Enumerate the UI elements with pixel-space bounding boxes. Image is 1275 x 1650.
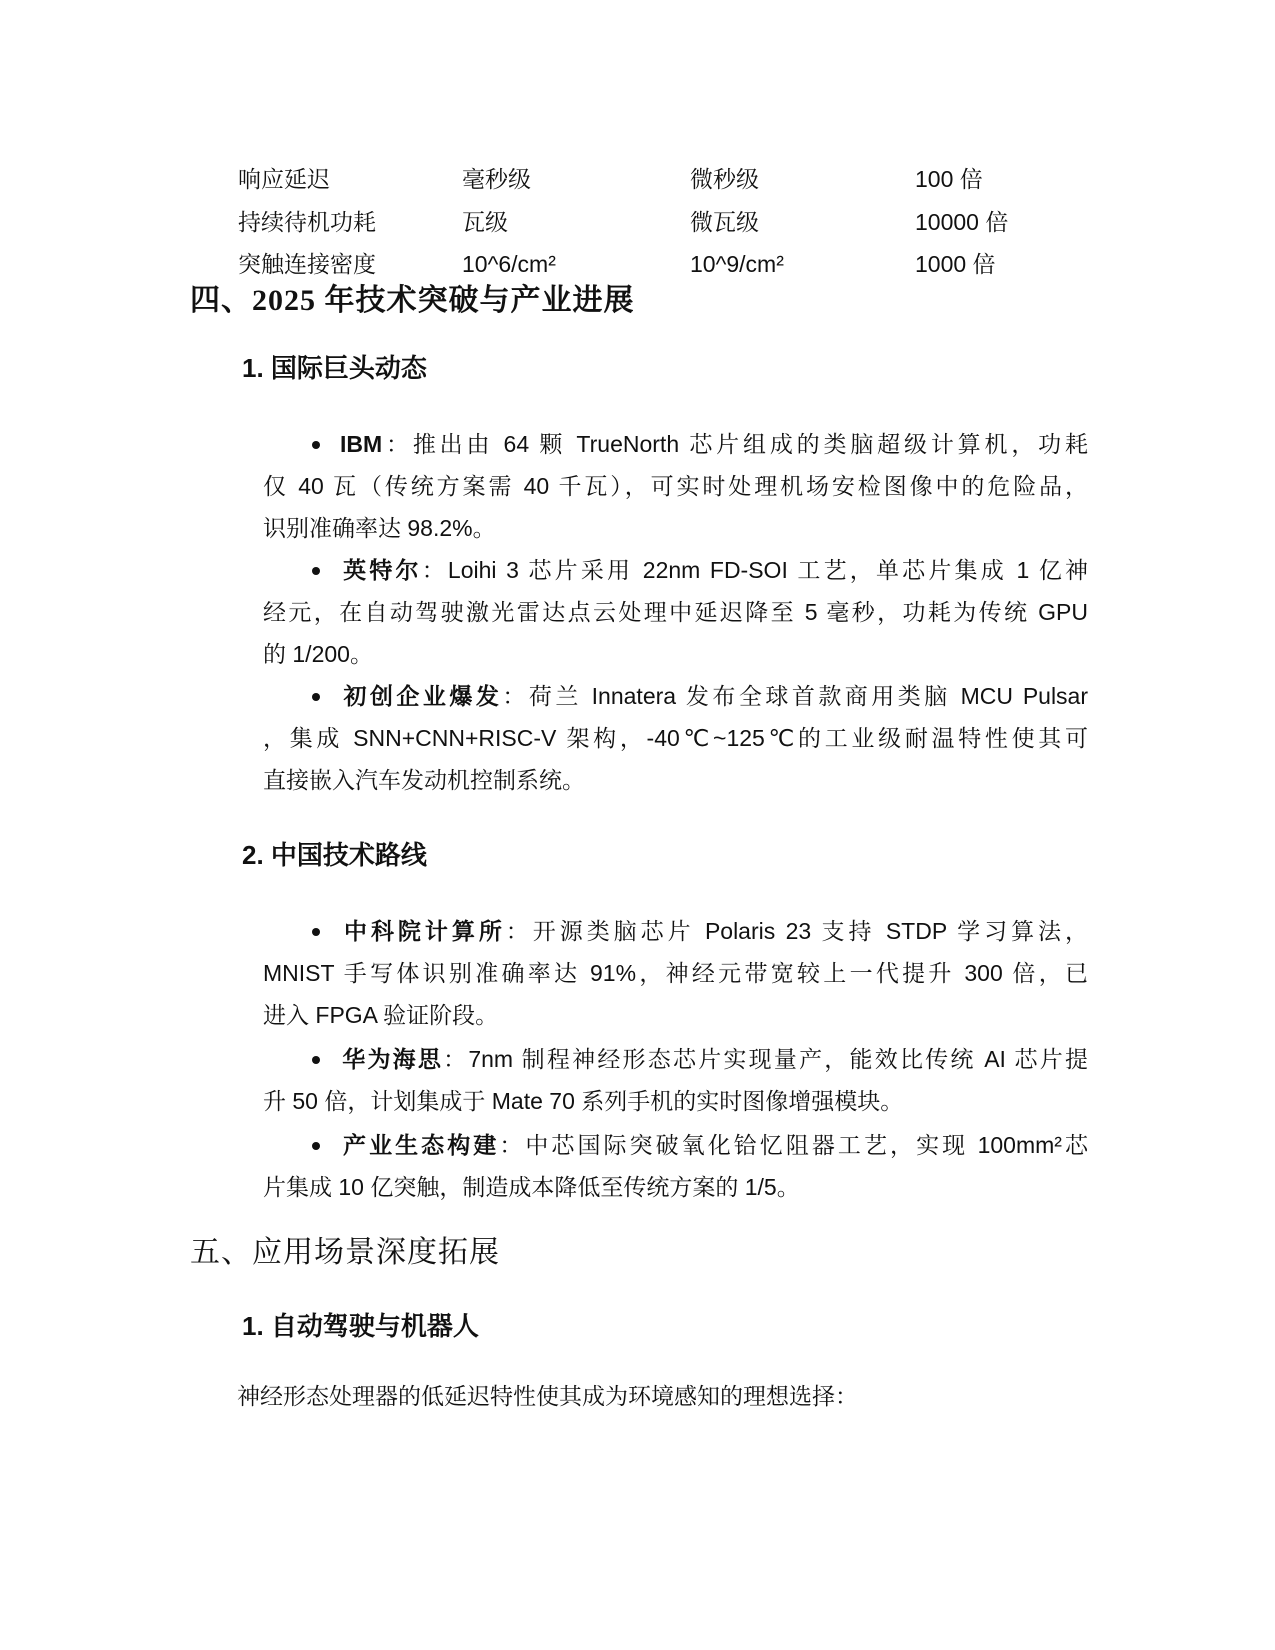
table-cell-traditional: 瓦级	[462, 201, 508, 243]
list-item-line: 产业生态构建：中芯国际突破氧化铪忆阻器工艺，实现 100mm²芯	[312, 1124, 1088, 1166]
list-item-text: ：推出由 64 颗 TrueNorth 芯片组成的类脑超级计算机，功耗	[382, 431, 1088, 457]
table-cell-neuromorphic: 10^9/cm²	[690, 243, 784, 285]
list-item-line: 初创企业爆发：荷兰 Innatera 发布全球首款商用类脑 MCU Pulsar	[312, 675, 1088, 717]
list-item-lead: 英特尔	[340, 557, 422, 583]
table-cell-gain: 100 倍	[915, 158, 983, 200]
list-item-line: 华为海思：7nm 制程神经形态芯片实现量产，能效比传统 AI 芯片提	[312, 1038, 1088, 1080]
table-cell-metric: 响应延迟	[238, 158, 330, 200]
paragraph: 神经形态处理器的低延迟特性使其成为环境感知的理想选择：	[237, 1375, 858, 1417]
list-item-line: IBM：推出由 64 颗 TrueNorth 芯片组成的类脑超级计算机，功耗	[312, 423, 1088, 465]
bullet-marker-icon	[312, 928, 320, 936]
bullet-marker-icon	[312, 441, 320, 449]
bullet-marker-icon	[312, 693, 320, 701]
table-row: 突触连接密度 10^6/cm² 10^9/cm² 1000 倍	[0, 243, 1275, 285]
table-cell-traditional: 毫秒级	[462, 158, 531, 200]
list-item-line: 仅 40 瓦（传统方案需 40 千瓦），可实时处理机场安检图像中的危险品，	[263, 465, 1088, 507]
list-item-text: ：荷兰 Innatera 发布全球首款商用类脑 MCU Pulsar	[502, 683, 1088, 709]
list-item-lead: IBM	[340, 431, 382, 457]
list-item-text: ：Loihi 3 芯片采用 22nm FD-SOI 工艺，单芯片集成 1 亿神	[422, 557, 1088, 583]
table-cell-metric: 持续待机功耗	[238, 201, 376, 243]
list-item-lead: 初创企业爆发	[340, 683, 502, 709]
table-cell-metric: 突触连接密度	[238, 243, 376, 285]
list-item-line: MNIST 手写体识别准确率达 91%，神经元带宽较上一代提升 300 倍，已	[263, 952, 1088, 994]
subsection-heading-autodrive: 1. 自动驾驶与机器人	[242, 1305, 479, 1347]
table-cell-gain: 1000 倍	[915, 243, 996, 285]
list-item-lead: 产业生态构建	[340, 1132, 499, 1158]
table-cell-neuromorphic: 微瓦级	[690, 201, 759, 243]
list-item-line: 英特尔：Loihi 3 芯片采用 22nm FD-SOI 工艺，单芯片集成 1 …	[312, 549, 1088, 591]
list-item-lead: 中科院计算所	[340, 918, 506, 944]
list-item-line: 经元，在自动驾驶激光雷达点云处理中延迟降至 5 毫秒，功耗为传统 GPU	[263, 591, 1088, 633]
list-item-line: 升 50 倍，计划集成于 Mate 70 系列手机的实时图像增强模块。	[263, 1080, 1088, 1122]
section-heading-4: 四、2025 年技术突破与产业进展	[190, 280, 635, 322]
list-item-line: 片集成 10 亿突触，制造成本降低至传统方案的 1/5。	[263, 1166, 1088, 1208]
table-cell-traditional: 10^6/cm²	[462, 243, 556, 285]
table-cell-gain: 10000 倍	[915, 201, 1008, 243]
section-heading-5: 五、应用场景深度拓展	[190, 1232, 500, 1274]
list-item-lead: 华为海思	[340, 1046, 443, 1072]
list-item-line: ，集成 SNN+CNN+RISC-V 架构，-40℃~125℃的工业级耐温特性使…	[263, 717, 1088, 759]
bullet-marker-icon	[312, 1056, 320, 1064]
list-item-line: 进入 FPGA 验证阶段。	[263, 994, 1088, 1036]
table-row: 响应延迟 毫秒级 微秒级 100 倍	[0, 158, 1275, 200]
list-item-text: ：中芯国际突破氧化铪忆阻器工艺，实现 100mm²芯	[499, 1132, 1088, 1158]
table-row: 持续待机功耗 瓦级 微瓦级 10000 倍	[0, 201, 1275, 243]
list-item-text: ：7nm 制程神经形态芯片实现量产，能效比传统 AI 芯片提	[443, 1046, 1088, 1072]
table-cell-neuromorphic: 微秒级	[690, 158, 759, 200]
list-item-line: 中科院计算所：开源类脑芯片 Polaris 23 支持 STDP 学习算法，	[312, 910, 1088, 952]
bullet-marker-icon	[312, 567, 320, 575]
subsection-heading-china: 2. 中国技术路线	[242, 834, 427, 876]
list-item-line: 直接嵌入汽车发动机控制系统。	[263, 759, 1088, 801]
list-item-line: 的 1/200。	[263, 633, 1088, 675]
list-item-line: 识别准确率达 98.2%。	[263, 507, 1088, 549]
bullet-marker-icon	[312, 1142, 320, 1150]
subsection-heading-international: 1. 国际巨头动态	[242, 347, 427, 389]
document-page: 响应延迟 毫秒级 微秒级 100 倍 持续待机功耗 瓦级 微瓦级 10000 倍…	[0, 0, 1275, 1650]
list-item-text: ：开源类脑芯片 Polaris 23 支持 STDP 学习算法，	[506, 918, 1088, 944]
